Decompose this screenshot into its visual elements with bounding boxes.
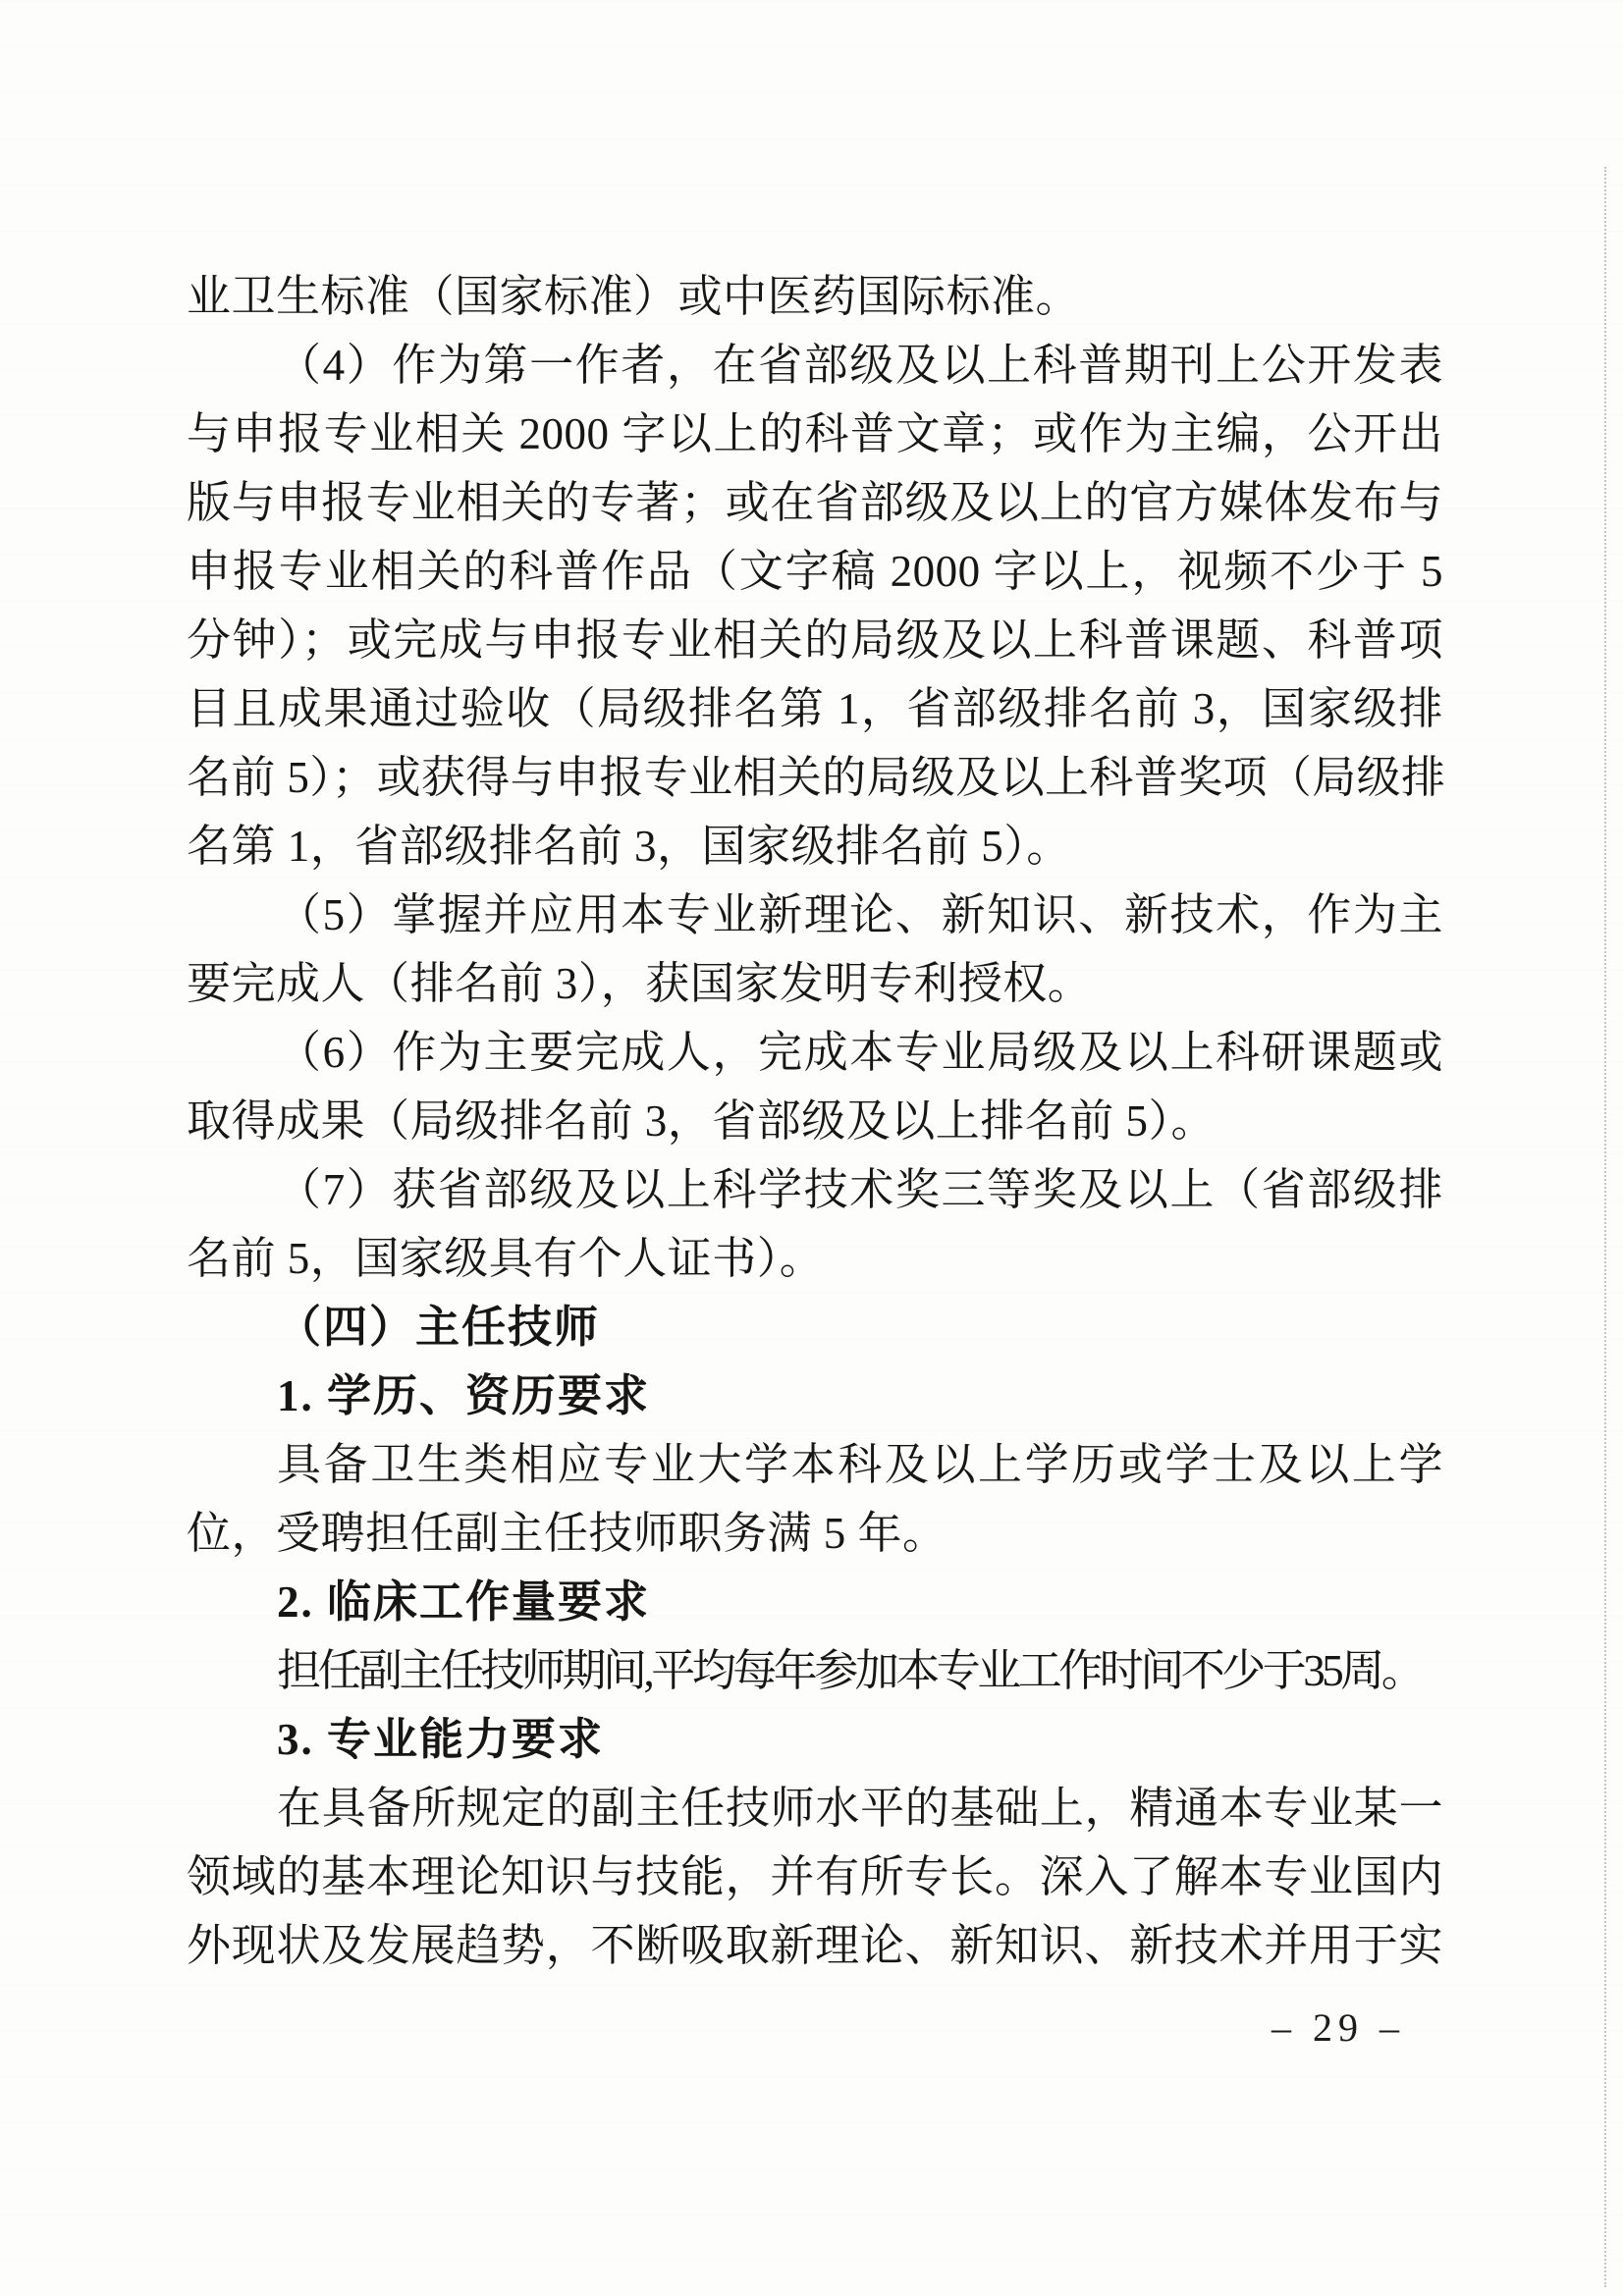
text-line: （6）作为主要完成人，完成本专业局级及以上科研课题或 xyxy=(187,1018,1443,1087)
text-line: 名前 5）；或获得与申报专业相关的局级及以上科普奖项（局级排 xyxy=(187,743,1443,812)
text-line: 名前 5，国家级具有个人证书）。 xyxy=(187,1224,1443,1293)
text-line: 名第 1，省部级排名前 3，国家级排名前 5）。 xyxy=(187,812,1443,881)
text-line: 位，受聘担任副主任技师职务满 5 年。 xyxy=(187,1499,1443,1568)
text-line: 在具备所规定的副主任技师水平的基础上，精通本专业某一 xyxy=(187,1774,1443,1842)
text-line: 担任副主任技师期间,平均每年参加本专业工作时间不少于35周。 xyxy=(187,1636,1443,1705)
scan-edge-artifact xyxy=(1604,167,1606,2287)
text-line: 版与申报专业相关的专著；或在省部级及以上的官方媒体发布与 xyxy=(187,468,1443,537)
scanned-document-page: 业卫生标准（国家标准）或中医药国际标准。（4）作为第一作者，在省部级及以上科普期… xyxy=(0,0,1623,2296)
page-number: – 29 – xyxy=(1255,2004,1422,2051)
text-line: 要完成人（排名前 3），获国家发明专利授权。 xyxy=(187,949,1443,1018)
heading-line: 2. 临床工作量要求 xyxy=(187,1568,1443,1636)
text-line: （5）掌握并应用本专业新理论、新知识、新技术，作为主 xyxy=(187,881,1443,949)
text-line: （4）作为第一作者，在省部级及以上科普期刊上公开发表 xyxy=(187,331,1443,400)
heading-line: （四）主任技师 xyxy=(187,1293,1443,1362)
text-line: 取得成果（局级排名前 3，省部级及以上排名前 5）。 xyxy=(187,1087,1443,1155)
text-line: 外现状及发展趋势，不断吸取新理论、新知识、新技术并用于实 xyxy=(187,1911,1443,1980)
heading-line: 3. 专业能力要求 xyxy=(187,1705,1443,1774)
heading-line: 1. 学历、资历要求 xyxy=(187,1362,1443,1430)
document-body: 业卫生标准（国家标准）或中医药国际标准。（4）作为第一作者，在省部级及以上科普期… xyxy=(187,262,1443,1980)
text-line: （7）获省部级及以上科学技术奖三等奖及以上（省部级排 xyxy=(187,1155,1443,1224)
text-line: 领域的基本理论知识与技能，并有所专长。深入了解本专业国内 xyxy=(187,1842,1443,1911)
text-line: 分钟）；或完成与申报专业相关的局级及以上科普课题、科普项 xyxy=(187,606,1443,674)
text-line: 申报专业相关的科普作品（文字稿 2000 字以上，视频不少于 5 xyxy=(187,537,1443,606)
text-line: 具备卫生类相应专业大学本科及以上学历或学士及以上学 xyxy=(187,1430,1443,1499)
text-line: 业卫生标准（国家标准）或中医药国际标准。 xyxy=(187,262,1443,331)
text-line: 与申报专业相关 2000 字以上的科普文章；或作为主编，公开出 xyxy=(187,400,1443,468)
text-line: 目且成果通过验收（局级排名第 1，省部级排名前 3，国家级排 xyxy=(187,674,1443,743)
